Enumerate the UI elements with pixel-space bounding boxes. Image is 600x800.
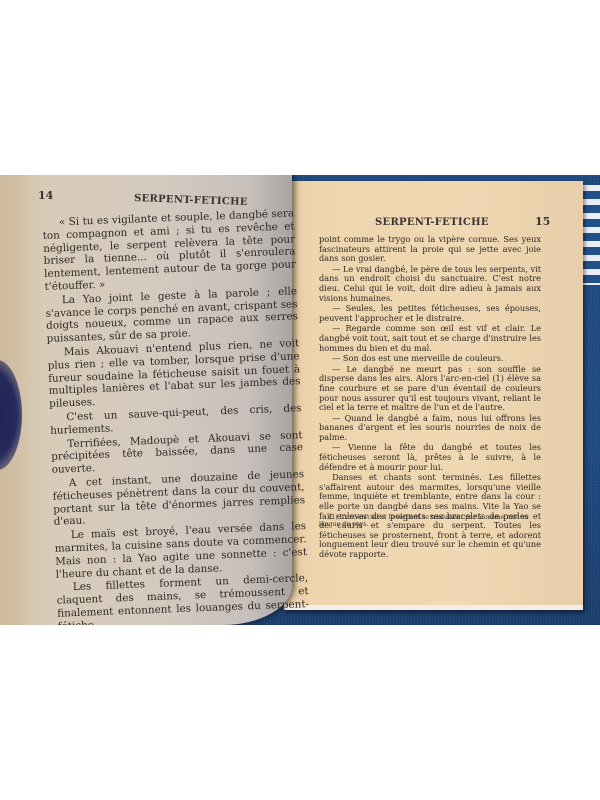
paragraph: Le maïs est broyé, l'eau versée dans les…	[54, 520, 308, 581]
paragraph: — Le vrai dangbé, le père de tous les se…	[319, 265, 541, 303]
stacked-books-edges	[583, 185, 600, 285]
body-text: point comme le trygo ou la vipère cornue…	[319, 235, 541, 561]
paragraph: La Yao joint le geste à la parole ; elle…	[45, 285, 299, 346]
page-number: 15	[535, 215, 550, 228]
paragraph: — Seules, les petites féticheuses, ses é…	[319, 304, 541, 323]
paragraph: Les fillettes forment un demi-cercle, cl…	[56, 572, 310, 625]
right-page: SERPENT-FETICHE 15 point comme le trygo …	[283, 181, 583, 610]
thumb	[0, 360, 22, 470]
paragraph: — Le dangbé ne meurt pas : son souffle s…	[319, 365, 541, 413]
left-page: 14 SERPENT-FETICHE « Si tu es vigilante …	[0, 175, 292, 625]
running-head: SERPENT-FETICHE	[375, 217, 489, 228]
footnote-text: (1) L'arc-en-ciel et le serpent se tradu…	[319, 514, 541, 529]
paragraph: — Quand le dangbé a faim, nous lui offro…	[319, 414, 541, 443]
paragraph: point comme le trygo ou la vipère cornue…	[319, 235, 541, 264]
paragraph: A cet instant, une douzaine de jeunes fé…	[52, 468, 306, 529]
paragraph: — Vienne la fête du dangbé et toutes les…	[319, 443, 541, 472]
paragraph: Mais Akouavi n'entend plus rien, ne voit…	[47, 337, 301, 411]
running-head: SERPENT-FETICHE	[134, 193, 248, 208]
paragraph: — Son dos est une merveille de couleurs.	[319, 354, 541, 364]
paragraph: — Regarde comme son œil est vif et clair…	[319, 324, 541, 353]
footnote: (1) L'arc-en-ciel et le serpent se tradu…	[319, 514, 541, 529]
book-photo: SERPENT-FETICHE 15 point comme le trygo …	[0, 175, 600, 625]
body-text: « Si tu es vigilante et souple, le dangb…	[42, 207, 316, 625]
page-number: 14	[38, 189, 53, 202]
paragraph: « Si tu es vigilante et souple, le dangb…	[42, 207, 297, 293]
